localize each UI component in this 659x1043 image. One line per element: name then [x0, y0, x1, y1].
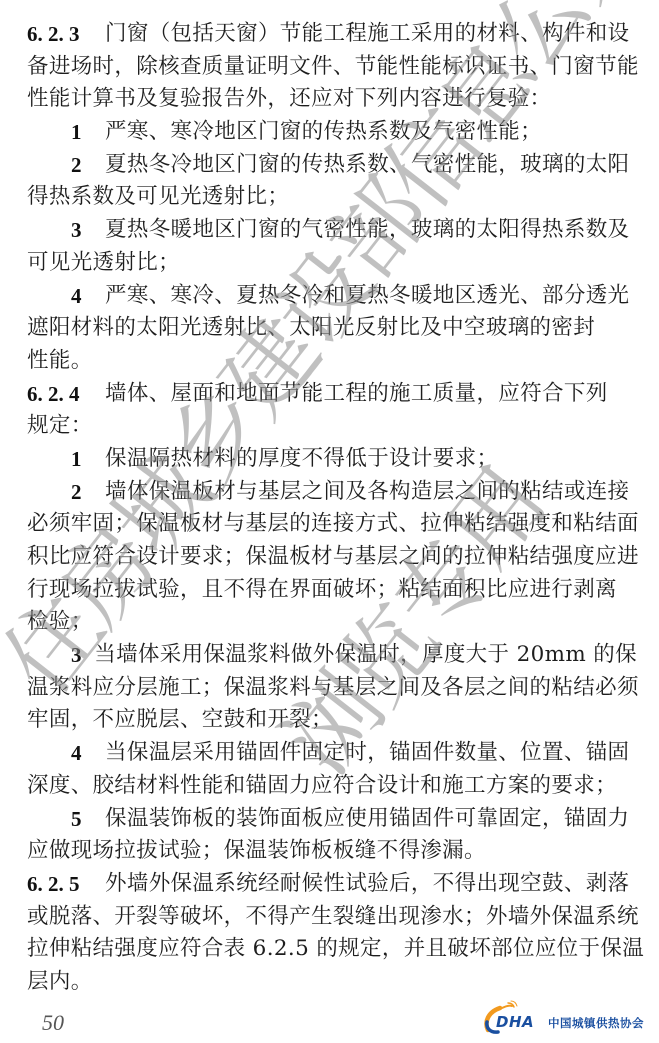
item-number: 5: [71, 803, 105, 836]
text-line: 拉伸粘结强度应符合表 6.2.5 的规定，并且破坏部位应位于保温: [27, 933, 637, 966]
text-line: 检验；: [27, 606, 637, 639]
line-text: 夏热冬暖地区门窗的气密性能，玻璃的太阳得热系数及: [105, 214, 629, 247]
line-text: 或脱落、开裂等破坏，不得产生裂缝出现渗水；外墙外保温系统: [27, 901, 639, 934]
line-text: 门窗（包括天窗）节能工程施工采用的材料、构件和设: [105, 18, 629, 51]
line-text: 遮阳材料的太阳光透射比、太阳光反射比及中空玻璃的密封: [27, 312, 595, 345]
text-line: 或脱落、开裂等破坏，不得产生裂缝出现渗水；外墙外保温系统: [27, 901, 637, 934]
list-item-line: 2墙体保温板材与基层之间及各构造层之间的粘结或连接: [27, 476, 637, 509]
line-text: 温浆料应分层施工；保温浆料与基层之间及各层之间的粘结必须: [27, 672, 639, 705]
item-number: 1: [71, 116, 105, 149]
line-text: 墙体、屋面和地面节能工程的施工质量，应符合下列: [105, 378, 608, 411]
list-item-line: 1严寒、寒冷地区门窗的传热系数及气密性能；: [27, 116, 637, 149]
text-line: 深度、胶结材料性能和锚固力应符合设计和施工方案的要求；: [27, 770, 637, 803]
cdha-logo-mark: DHA: [482, 1000, 544, 1034]
list-item-line: 2夏热冬冷地区门窗的传热系数、气密性能，玻璃的太阳: [27, 149, 637, 182]
line-text: 得热系数及可见光透射比；: [27, 181, 289, 214]
list-item-line: 3夏热冬暖地区门窗的气密性能，玻璃的太阳得热系数及: [27, 214, 637, 247]
text-line: 遮阳材料的太阳光透射比、太阳光反射比及中空玻璃的密封: [27, 312, 637, 345]
line-text: 备进场时，除核查质量证明文件、节能性能标识证书、门窗节能: [27, 51, 639, 84]
text-line: 性能。: [27, 345, 637, 378]
section-heading-line: 6. 2. 4墙体、屋面和地面节能工程的施工质量，应符合下列: [27, 378, 637, 411]
list-item-line: 5保温装饰板的装饰面板应使用锚固件可靠固定，锚固力: [27, 803, 637, 836]
line-text: 行现场拉拔试验，且不得在界面破坏；粘结面积比应进行剥离: [27, 574, 617, 607]
section-heading-line: 6. 2. 3门窗（包括天窗）节能工程施工采用的材料、构件和设: [27, 18, 637, 51]
text-line: 得热系数及可见光透射比；: [27, 181, 637, 214]
logo-acronym: DHA: [496, 1013, 534, 1031]
section-heading-line: 6. 2. 5外墙外保温系统经耐候性试验后，不得出现空鼓、剥落: [27, 868, 637, 901]
publisher-logo: DHA 中国城镇供热协会: [482, 1000, 652, 1034]
item-number: 3: [71, 639, 94, 672]
text-line: 牢固，不应脱层、空鼓和开裂；: [27, 704, 637, 737]
section-number: 6. 2. 3: [27, 18, 105, 51]
line-text: 严寒、寒冷、夏热冬冷和夏热冬暖地区透光、部分透光: [105, 280, 629, 313]
line-text: 夏热冬冷地区门窗的传热系数、气密性能，玻璃的太阳: [105, 149, 629, 182]
document-body: 6. 2. 3门窗（包括天窗）节能工程施工采用的材料、构件和设 备进场时，除核查…: [27, 18, 637, 999]
line-text: 必须牢固；保温板材与基层的连接方式、拉伸粘结强度和粘结面: [27, 508, 639, 541]
item-number: 2: [71, 476, 105, 509]
text-line: 备进场时，除核查质量证明文件、节能性能标识证书、门窗节能: [27, 51, 637, 84]
logo-organization-name: 中国城镇供热协会: [548, 1015, 644, 1031]
line-text: 性能。: [27, 345, 93, 378]
list-item-line: 4严寒、寒冷、夏热冬冷和夏热冬暖地区透光、部分透光: [27, 280, 637, 313]
line-text: 可见光透射比；: [27, 247, 180, 280]
item-number: 4: [71, 737, 105, 770]
line-text: 严寒、寒冷地区门窗的传热系数及气密性能；: [105, 116, 542, 149]
line-text: 性能计算书及复验报告外，还应对下列内容进行复验：: [27, 83, 551, 116]
item-number: 2: [71, 149, 105, 182]
text-line: 性能计算书及复验报告外，还应对下列内容进行复验：: [27, 83, 637, 116]
text-line: 可见光透射比；: [27, 247, 637, 280]
text-line: 积比应符合设计要求；保温板材与基层之间的拉伸粘结强度应进: [27, 541, 637, 574]
line-text: 检验；: [27, 606, 93, 639]
text-line: 应做现场拉拔试验；保温装饰板板缝不得渗漏。: [27, 835, 637, 868]
line-text: 当墙体采用保温浆料做外保温时，厚度大于 20mm 的保: [94, 639, 637, 672]
line-text: 墙体保温板材与基层之间及各构造层之间的粘结或连接: [105, 476, 629, 509]
item-number: 3: [71, 214, 105, 247]
line-text: 当保温层采用锚固件固定时，锚固件数量、位置、锚固: [105, 737, 629, 770]
list-item-line: 3当墙体采用保温浆料做外保温时，厚度大于 20mm 的保: [27, 639, 637, 672]
text-line: 行现场拉拔试验，且不得在界面破坏；粘结面积比应进行剥离: [27, 574, 637, 607]
line-text: 保温装饰板的装饰面板应使用锚固件可靠固定，锚固力: [105, 803, 629, 836]
line-text: 牢固，不应脱层、空鼓和开裂；: [27, 704, 333, 737]
page-number: 50: [42, 1010, 64, 1036]
item-number: 1: [71, 443, 105, 476]
list-item-line: 4当保温层采用锚固件固定时，锚固件数量、位置、锚固: [27, 737, 637, 770]
list-item-line: 1保温隔热材料的厚度不得低于设计要求；: [27, 443, 637, 476]
line-text: 外墙外保温系统经耐候性试验后，不得出现空鼓、剥落: [105, 868, 629, 901]
section-number: 6. 2. 4: [27, 378, 105, 411]
line-text: 深度、胶结材料性能和锚固力应符合设计和施工方案的要求；: [27, 770, 617, 803]
line-text: 层内。: [27, 966, 93, 999]
line-text: 规定：: [27, 410, 93, 443]
item-number: 4: [71, 280, 105, 313]
document-page: 6. 2. 3门窗（包括天窗）节能工程施工采用的材料、构件和设 备进场时，除核查…: [0, 0, 659, 1043]
line-text: 积比应符合设计要求；保温板材与基层之间的拉伸粘结强度应进: [27, 541, 639, 574]
text-line: 层内。: [27, 966, 637, 999]
text-line: 必须牢固；保温板材与基层的连接方式、拉伸粘结强度和粘结面: [27, 508, 637, 541]
text-line: 规定：: [27, 410, 637, 443]
line-text: 拉伸粘结强度应符合表 6.2.5 的规定，并且破坏部位应位于保温: [27, 933, 644, 966]
text-line: 温浆料应分层施工；保温浆料与基层之间及各层之间的粘结必须: [27, 672, 637, 705]
section-number: 6. 2. 5: [27, 868, 105, 901]
line-text: 保温隔热材料的厚度不得低于设计要求；: [105, 443, 498, 476]
line-text: 应做现场拉拔试验；保温装饰板板缝不得渗漏。: [27, 835, 486, 868]
